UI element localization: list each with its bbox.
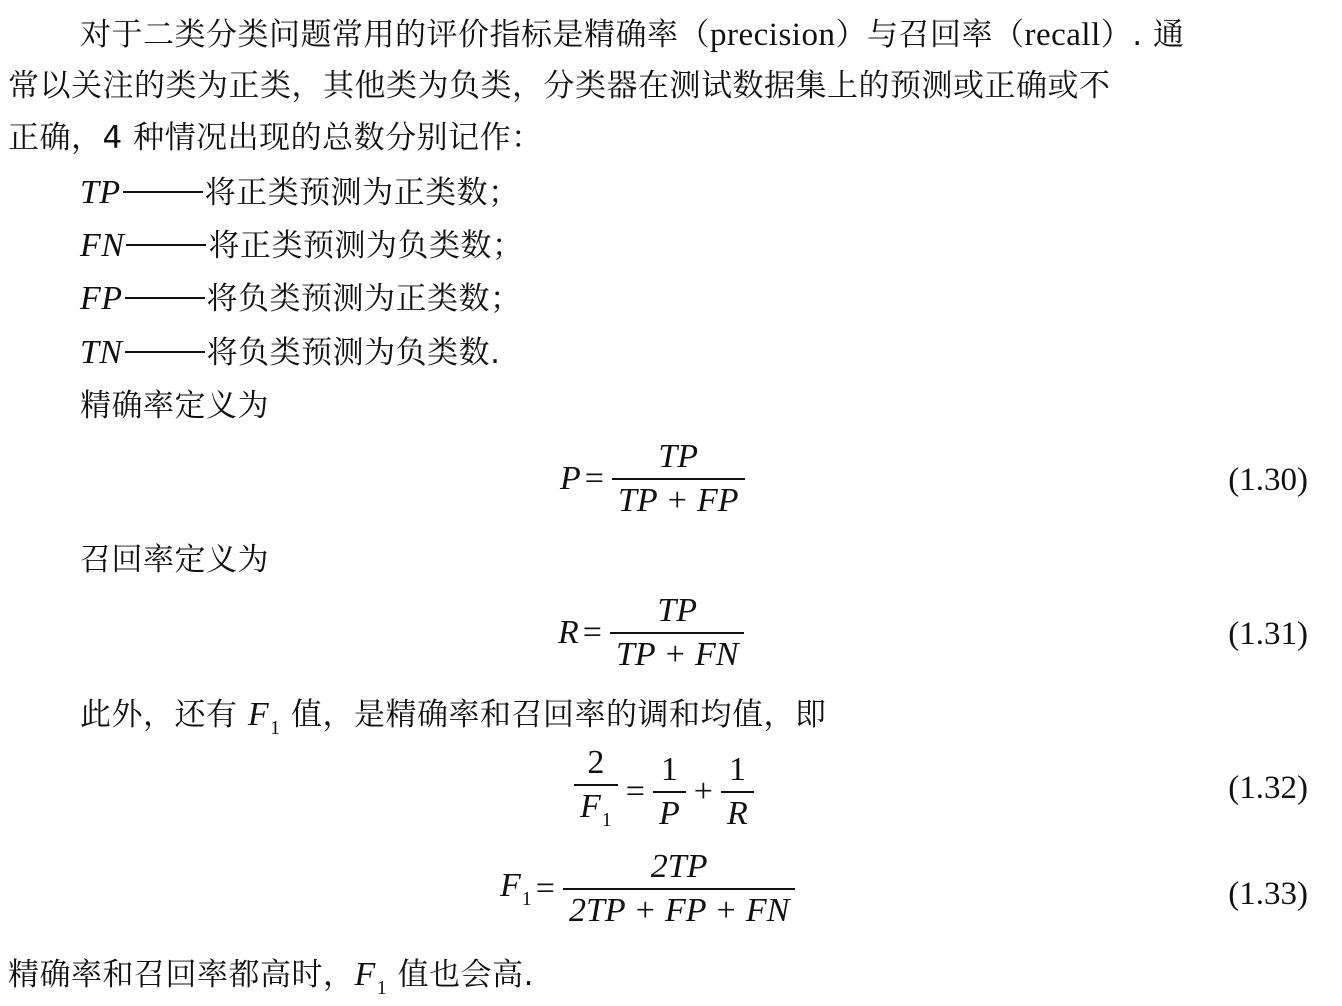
equation-1-32: 2 F1 = 1 P + 1 R (1.32)	[0, 742, 1342, 842]
f1-formula: F1 = 2TP 2TP + FP + FN	[500, 846, 799, 932]
f-symbol: F	[580, 788, 601, 825]
term-description: 将正类预测为负类数；	[208, 228, 523, 264]
intro-text: ）. 通	[1101, 17, 1185, 53]
equals-sign: =	[583, 614, 602, 652]
denominator: F1	[574, 786, 618, 841]
intro-line-3: 正确，4 种情况出现的总数分别记作：	[8, 118, 543, 158]
conclusion-text: 值也会高.	[387, 957, 534, 993]
em-dash	[125, 351, 205, 353]
em-dash	[123, 191, 203, 193]
f-symbol: F	[500, 867, 521, 904]
intro-text: 对于二类分类问题常用的评价指标是精确率（	[80, 17, 710, 53]
equation-number: (1.32)	[1228, 768, 1308, 808]
lhs-symbol: R	[558, 614, 579, 652]
equation-1-31: R = TP TP + FN (1.31)	[0, 586, 1342, 686]
equation-number: (1.33)	[1228, 874, 1308, 914]
denominator: P	[653, 793, 686, 835]
term-fn: FN	[80, 227, 124, 264]
term-fp: FP	[80, 280, 123, 317]
equation-number: (1.30)	[1228, 460, 1308, 500]
term-description: 将负类预测为负类数.	[207, 335, 501, 371]
precision-term: precision	[710, 17, 835, 53]
conclusion: 精确率和召回率都高时，F1 值也会高.	[8, 954, 534, 1006]
plus-sign: +	[694, 773, 713, 811]
fraction: 2 F1	[574, 742, 618, 841]
f1-symbol: F	[248, 696, 269, 733]
definition-item: FP将负类预测为正类数；	[80, 278, 522, 319]
equals-sign: =	[536, 870, 555, 908]
recall-formula: R = TP TP + FN	[558, 590, 748, 676]
f1-subscript: 1	[377, 977, 388, 999]
equals-sign: =	[585, 460, 604, 498]
recall-term: recall	[1024, 17, 1100, 53]
equals-sign: =	[626, 773, 645, 811]
definition-item: TP将正类预测为正类数；	[80, 172, 520, 213]
fraction: TP TP + FP	[612, 436, 745, 522]
lhs-symbol: F1	[500, 867, 532, 911]
equation-1-33: F1 = 2TP 2TP + FP + FN (1.33)	[0, 846, 1342, 946]
numerator: 1	[655, 749, 684, 791]
fraction: 1 P	[653, 749, 686, 835]
definition-item: FN将正类预测为负类数；	[80, 225, 523, 266]
f1-subscript: 1	[270, 717, 281, 739]
f1-intro-text: 此外，还有	[80, 697, 248, 733]
term-description: 将正类预测为正类数；	[205, 175, 520, 211]
intro-line-2: 常以关注的类为正类，其他类为负类，分类器在测试数据集上的预测或正确或不	[8, 66, 1111, 106]
fraction: 2TP 2TP + FP + FN	[563, 846, 795, 932]
em-dash	[125, 297, 205, 299]
intro-text: ）与召回率（	[835, 17, 1024, 53]
denominator: TP + FN	[610, 634, 744, 676]
denominator: 2TP + FP + FN	[563, 890, 795, 932]
f1-intro: 此外，还有 F1 值，是精确率和召回率的调和均值，即	[80, 694, 827, 748]
lhs-symbol: P	[560, 460, 581, 498]
fraction: TP TP + FN	[610, 590, 744, 676]
denominator: R	[721, 793, 754, 835]
equation-number: (1.31)	[1228, 614, 1308, 654]
term-tp: TP	[80, 174, 121, 211]
subscript: 1	[602, 809, 612, 831]
numerator: 2TP	[645, 846, 714, 888]
harmonic-mean-formula: 2 F1 = 1 P + 1 R	[570, 742, 758, 841]
equation-1-30: P = TP TP + FP (1.30)	[0, 432, 1342, 532]
recall-intro: 召回率定义为	[80, 540, 269, 580]
numerator: TP	[651, 590, 703, 632]
em-dash	[126, 244, 206, 246]
numerator: 1	[723, 749, 752, 791]
numerator: TP	[652, 436, 704, 478]
term-tn: TN	[80, 334, 123, 371]
term-description: 将负类预测为正类数；	[207, 281, 522, 317]
precision-intro: 精确率定义为	[80, 386, 269, 426]
precision-formula: P = TP TP + FP	[560, 436, 749, 522]
conclusion-text: 精确率和召回率都高时，	[8, 957, 355, 993]
f1-intro-text: 值，是精确率和召回率的调和均值，即	[281, 697, 827, 733]
intro-line-1: 对于二类分类问题常用的评价指标是精确率（precision）与召回率（recal…	[80, 14, 1184, 55]
numerator: 2	[581, 742, 610, 784]
definition-item: TN将负类预测为负类数.	[80, 332, 500, 373]
fraction: 1 R	[721, 749, 754, 835]
denominator: TP + FP	[612, 480, 745, 522]
f1-symbol: F	[355, 956, 376, 993]
subscript: 1	[522, 888, 532, 910]
